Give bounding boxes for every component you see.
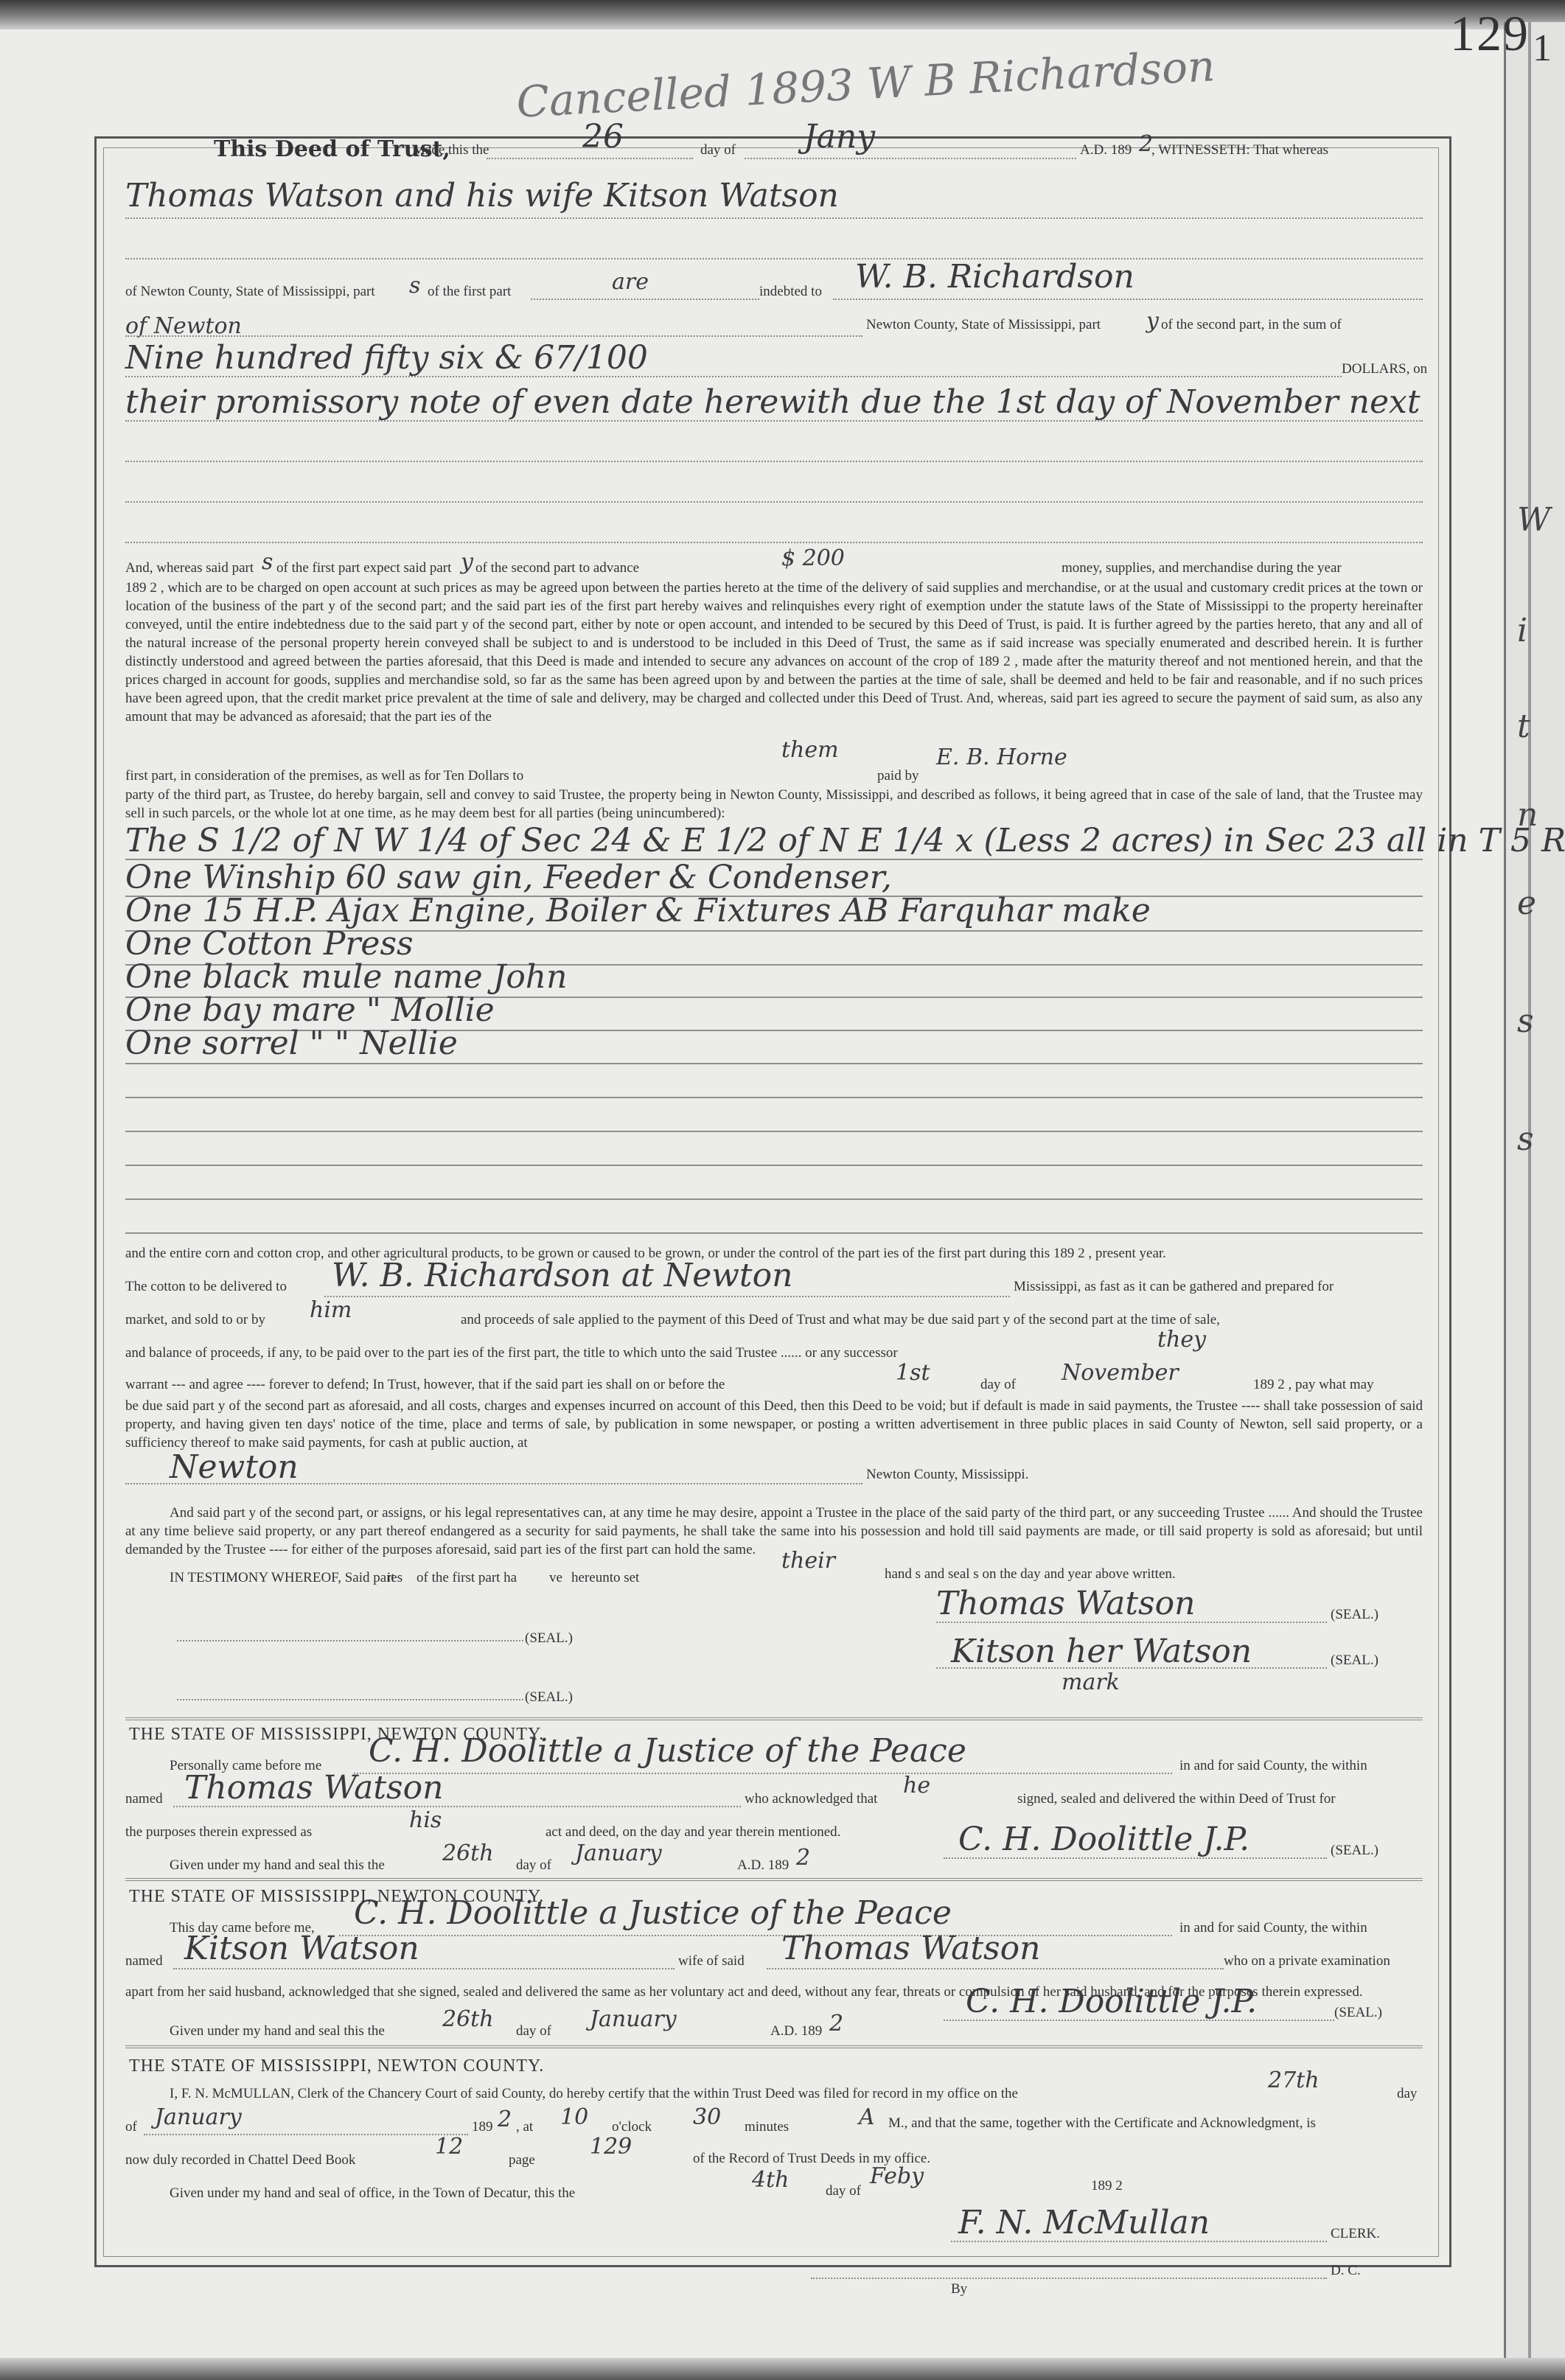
second-county-line: Newton County, State of Mississippi, par… [866,317,1101,333]
county-line: of Newton County, State of Mississippi, … [125,284,375,300]
clerk-text: of [125,2119,137,2135]
trustee-name: E. B. Horne [936,744,1067,770]
creditor: W. B. Richardson [855,258,1134,296]
clerk-text: Given under my hand and seal of office, … [170,2185,575,2202]
successor: they [1157,1327,1206,1353]
ack2-husband: Thomas Watson [781,1930,1040,1967]
deed-month: Jany [804,118,875,156]
clerk-text: page [509,2152,535,2168]
clerk-text: M., and that the same, together with the… [888,2115,1316,2132]
ack2-text: who on a private examination [1224,1953,1390,1969]
page-edge-shadow [0,2358,1565,2380]
crop-text: and balance of proceeds, if any, to be p… [125,1345,898,1361]
seal-label: (SEAL.) [525,1689,573,1706]
amount-words: Nine hundred fifty six & 67/100 [125,339,648,377]
margin-handwriting: i [1517,612,1527,649]
clerk-text: , at [516,2119,533,2135]
note-description: their promissory note of even date herew… [125,383,1421,421]
due-year: 189 2 , pay what may [1253,1377,1374,1393]
ack1-text: signed, sealed and delivered the within … [1017,1791,1336,1807]
ack2-text: named [125,1953,163,1969]
part-suffix: s [262,549,273,575]
testimony-text: IN TESTIMONY WHEREOF, Said part [170,1570,395,1586]
clerk-heading: THE STATE OF MISSISSIPPI, NEWTON COUNTY. [129,2056,544,2076]
crop-text: and proceeds of sale applied to the paym… [461,1312,1220,1328]
delivered-to-label: The cotton to be delivered to [125,1279,287,1295]
clerk-text: o'clock [612,2119,652,2135]
ack1-month: January [575,1840,662,1866]
margin-handwriting: t [1517,708,1530,745]
ack1-text: Given under my hand and seal this the [170,1857,385,1874]
clerk-text: day of [826,2183,861,2199]
ack2-year: 2 [829,2011,843,2037]
paid-by-label: paid by [877,768,919,784]
ack1-named-person: Thomas Watson [184,1769,443,1807]
ack2-text: Given under my hand and seal this the [170,2023,385,2039]
deed-page-number: 129 [590,2134,632,2160]
margin-handwriting: s [1517,1120,1534,1158]
page-sub-number: 1 [1533,27,1552,70]
testimony-text: ies [387,1570,402,1586]
property-item: One sorrel " " Nellie [125,1025,458,1062]
ack1-text: day of [516,1857,551,1874]
witnesseth-label: , WITNESSETH: That whereas [1151,142,1328,158]
testimony-text: of the first part ha [416,1570,517,1586]
ack2-day: 26th [442,2006,494,2032]
clerk-text: minutes [745,2119,789,2135]
ack2-text: in and for said County, the within [1179,1920,1367,1936]
margin-handwriting: s [1517,1002,1534,1040]
deputy-clerk-label: D. C. [1331,2263,1361,2279]
part-suffix: y [461,549,473,575]
by-label: By [951,2281,967,2297]
advance-text: money, supplies, and merchandise during … [1062,560,1342,576]
adjacent-page-strip [1504,22,1565,2359]
ack1-officer: C. H. Doolittle a Justice of the Peace [369,1732,966,1770]
ack2-month: January [590,2006,677,2032]
advance-clause-body: 189 2 , which are to be charged on open … [125,579,1423,726]
deed-day: 26 [582,118,624,156]
testimony-text: hand s and seal s on the day and year ab… [885,1566,1176,1582]
seal-label: (SEAL.) [1331,1607,1378,1623]
ack2-text: wife of said [678,1953,745,1969]
are-verb: are [612,269,649,295]
grantors: Thomas Watson and his wife Kitson Watson [125,177,839,214]
first-part-label: of the first part [428,284,511,300]
due-month: November [1062,1360,1179,1386]
day-of-label: day of [700,142,736,158]
filed-ampm: A [859,2104,875,2130]
delivered-to: W. B. Richardson at Newton [332,1257,792,1294]
margin-handwriting: e [1517,884,1536,922]
advance-text: of the first part expect said part [276,560,451,576]
page-number: 129 [1450,4,1530,63]
clerk-text: now duly recorded in Chattel Deed Book [125,2152,355,2168]
deed-book-number: 12 [435,2134,463,2160]
crop-text: warrant --- and agree ---- forever to de… [125,1377,725,1393]
property-item: One bay mare " Mollie [125,991,495,1029]
ack1-text: in and for said County, the within [1179,1758,1367,1774]
successor-clause: And said part y of the second part, or a… [125,1504,1423,1559]
testimony-their: their [781,1548,835,1574]
ack1-text: the purposes therein expressed as [125,1824,312,1840]
sale-place: Newton [170,1448,299,1486]
book-binding-shadow [0,0,1565,29]
ad-label: A.D. 189 [1080,142,1132,158]
property-item: One 15 H.P. Ajax Engine, Boiler & Fixtur… [125,892,1151,929]
default-clause: be due said part y of the second part as… [125,1397,1423,1452]
seal-label: (SEAL.) [525,1630,573,1647]
conveyance-text: party of the third part, as Trustee, do … [125,786,1423,823]
filed-year: 2 [498,2107,512,2132]
ack1-his: his [409,1807,442,1833]
advance-text: of the second part to advance [475,560,639,576]
ack1-he: he [903,1773,930,1798]
seal-label: (SEAL.) [1334,2005,1382,2021]
testimony-text: ve [549,1570,562,1586]
clerk-text: day [1397,2086,1417,2102]
clerk-text: I, F. N. McMULLAN, Clerk of the Chancery… [170,2086,1018,2102]
given-day: 4th [752,2167,789,2193]
property-item: The S 1/2 of N W 1/4 of Sec 24 & E 1/2 o… [125,822,1565,859]
ack2-officer: C. H. Doolittle a Justice of the Peace [354,1894,952,1932]
sale-county: Newton County, Mississippi. [866,1467,1028,1483]
clerk-signature: F. N. McMullan [958,2204,1210,2241]
signature-thomas-watson: Thomas Watson [936,1585,1195,1622]
trustee-line: first part, in consideration of the prem… [125,768,523,784]
crop-text: market, and sold to or by [125,1312,265,1328]
ack2-signature: C. H. Doolittle J.P. [966,1983,1257,2020]
given-year: 189 2 [1091,2178,1123,2194]
ack1-text: named [125,1791,163,1807]
filed-day: 27th [1268,2067,1320,2093]
seal-label: (SEAL.) [1331,1653,1378,1669]
ack1-text: act and deed, on the day and year therei… [546,1824,840,1840]
ack2-named-person: Kitson Watson [184,1930,419,1967]
ack1-signature: C. H. Doolittle J.P. [958,1821,1249,1858]
property-item: One Cotton Press [125,925,414,963]
advance-text: And, whereas said part [125,560,254,576]
seal-label: (SEAL.) [1331,1843,1378,1859]
ack1-text: who acknowledged that [745,1791,877,1807]
filed-month: January [155,2104,242,2130]
margin-handwriting: W [1517,501,1550,539]
property-item: One black mule name John [125,958,567,996]
due-day: 1st [896,1360,930,1386]
indebted-label: indebted to [759,284,822,300]
sum-label: of the second part, in the sum of [1161,317,1342,333]
crop-text: Mississippi, as fast as it can be gather… [1014,1279,1334,1295]
filed-hour: 10 [560,2104,588,2130]
signature-mark: mark [1062,1669,1120,1695]
part-suffix: y [1146,308,1159,334]
given-month: Feby [870,2163,924,2189]
filed-minutes: 30 [693,2104,721,2130]
ack1-text: A.D. 189 [737,1857,789,1874]
signature-kitson-watson: Kitson her Watson [951,1633,1252,1670]
ack1-year: 2 [796,1845,810,1871]
ack2-text: A.D. 189 [770,2023,822,2039]
ack1-day: 26th [442,1840,494,1866]
ack2-text: day of [516,2023,551,2039]
clerk-text: 189 [472,2119,493,2135]
clerk-label: CLERK. [1331,2226,1380,2242]
secure-for: them [781,737,839,763]
crop-text: day of [980,1377,1016,1393]
advance-amount: $ 200 [781,545,845,571]
part-suffix: s [409,273,420,299]
sold-by: him [310,1297,352,1323]
dollars-label: DOLLARS, on [1342,361,1427,377]
testimony-text: hereunto set [571,1570,639,1586]
property-item: One Winship 60 saw gin, Feeder & Condens… [125,859,892,896]
made-this-label: Made this the [413,142,489,158]
